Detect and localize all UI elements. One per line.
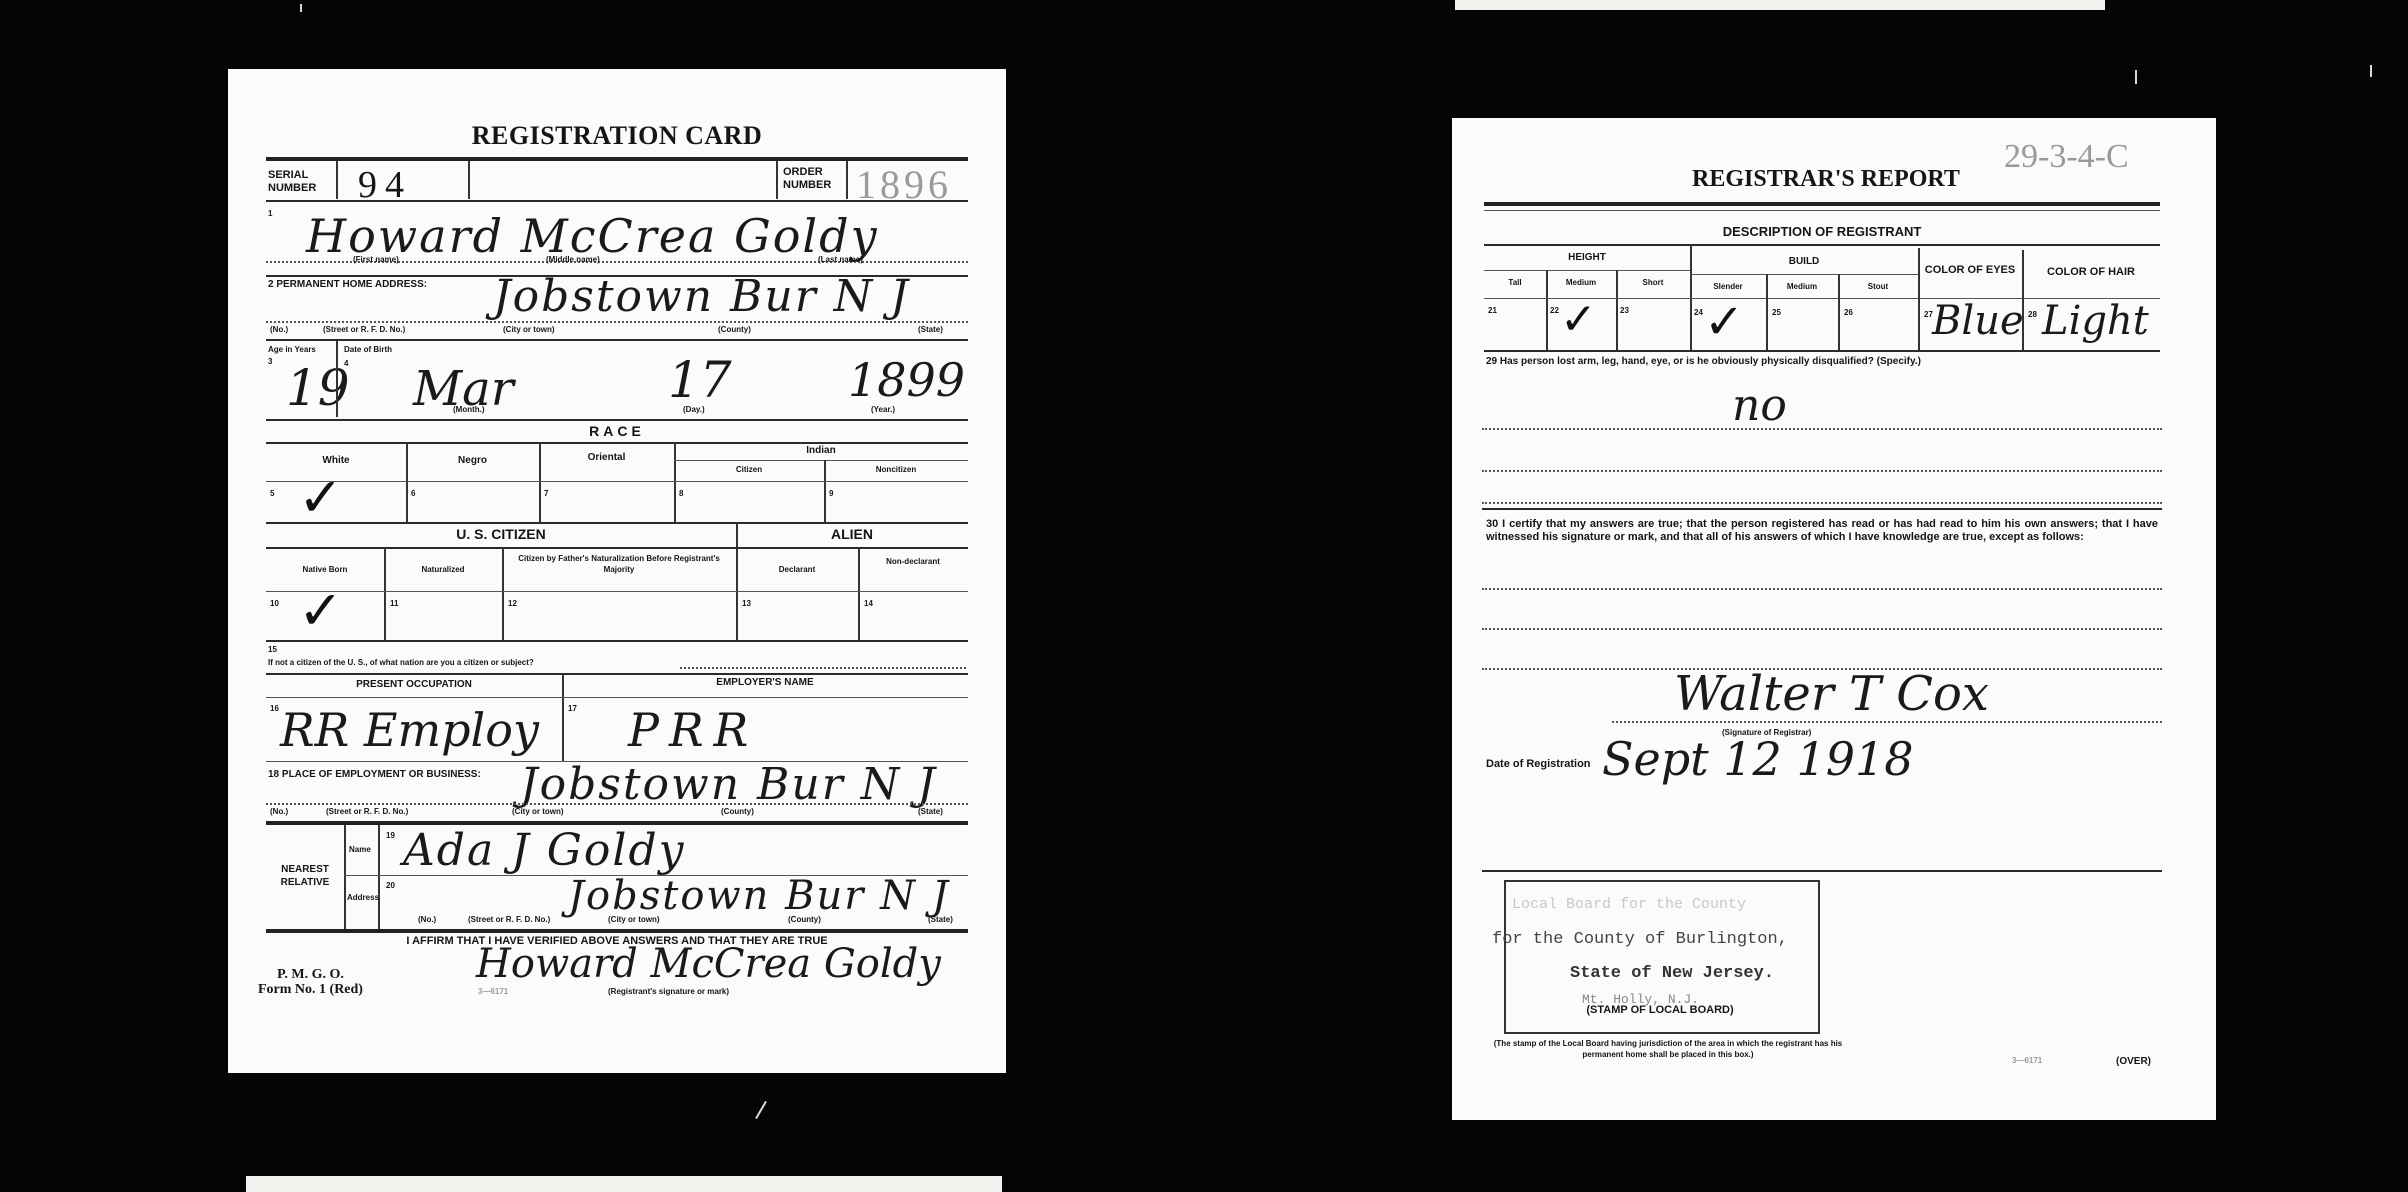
build-col-stout: Stout [1838,282,1918,291]
home-address: Jobstown Bur N J [493,271,910,322]
field-number: 9 [829,489,833,498]
caption: (Last name) [818,255,863,264]
checkmark-icon-height-medium: ✓ [1560,298,1597,342]
field-number: 28 [2028,310,2037,319]
q29-answer: no [1732,380,1787,431]
film-speck [755,1101,767,1119]
height-col-tall: Tall [1484,278,1546,287]
rule [1482,588,2162,590]
height-col-short: Short [1616,278,1690,287]
checkmark-icon-white: ✓ [298,471,343,525]
field-number: 4 [344,359,348,368]
stamp-line: State of New Jersey. [1570,964,1774,983]
caption: (City or town) [512,807,564,816]
rule [266,803,968,805]
field-number: 24 [1694,308,1703,317]
checkmark-icon-build-slender: ✓ [1704,298,1744,346]
field-number: 15 [268,645,277,654]
caption: (Street or R. F. D. No.) [468,915,550,924]
rule [266,547,968,549]
field-number: 10 [270,599,279,608]
rule [680,667,966,669]
rule [266,640,968,642]
registration-date: Sept 12 1918 [1602,732,1914,786]
citizen-title: U. S. CITIZEN [266,526,736,542]
description-title: DESCRIPTION OF REGISTRANT [1484,224,2160,239]
dob-day: 17 [668,351,732,409]
race-col-oriental: Oriental [539,452,674,463]
rule [266,591,968,592]
rule [266,481,968,482]
rule [1612,721,2162,723]
order-label: ORDER NUMBER [783,166,831,192]
divider [384,547,386,640]
caption: (State) [918,325,943,334]
dob-label: Date of Birth [344,345,392,354]
relative-label: NEAREST RELATIVE [266,863,344,889]
field-number: 13 [742,599,751,608]
stamp-number: 29-3-4-C [2004,138,2129,176]
rule [1482,470,2162,472]
field-number: 25 [1772,308,1781,317]
caption: (State) [928,915,953,924]
caption: (City or town) [608,915,660,924]
field-number: 22 [1550,306,1559,315]
film-speck [2370,65,2372,77]
signature-caption: (Registrant's signature or mark) [608,987,729,996]
field-number: 17 [568,704,577,713]
alien-col-nondeclarant: Non-declarant [868,557,958,566]
print-code: 3—6171 [2012,1056,2042,1065]
field-number: 3 [268,357,272,366]
race-col-indian-citizen: Citizen [674,465,824,474]
caption: (No.) [270,807,288,816]
rule [266,929,968,933]
stamp-caption: (STAMP OF LOCAL BOARD) [1504,1004,1816,1016]
relative-name-label: Name [349,845,371,854]
place-label: 18 PLACE OF EMPLOYMENT OR BUSINESS: [268,769,481,780]
caption: (Street or R. F. D. No.) [323,325,405,334]
hair-color: Light [2042,298,2149,344]
caption: (State) [918,807,943,816]
race-col-white: White [266,455,406,466]
race-col-indian-noncitizen: Noncitizen [824,465,968,474]
q30-text: 30 I certify that my answers are true; t… [1486,518,2158,544]
build-col-medium: Medium [1766,282,1838,291]
divider [468,161,470,199]
rule [1482,870,2162,872]
over-label: (OVER) [2116,1056,2151,1067]
rule [1690,274,1918,275]
rule [1484,202,2160,206]
age-label: Age in Years [268,345,316,354]
rule [1484,270,1690,271]
rule [266,419,968,421]
divider [378,825,380,929]
serial-label: SERIAL NUMBER [268,169,316,195]
race-col-negro: Negro [406,455,539,466]
divider [502,547,504,640]
q15-text: If not a citizen of the U. S., of what n… [268,658,534,667]
occupation-value: RR Employ [280,703,539,757]
field-number: 8 [679,489,683,498]
relative-name: Ada J Goldy [403,825,686,876]
field-number: 26 [1844,308,1853,317]
citizen-col-fathers: Citizen by Father's Naturalization Befor… [508,553,730,575]
divider [336,161,338,199]
field-number: 11 [390,599,398,608]
divider [336,341,338,417]
rule [266,200,968,202]
field-number: 23 [1620,306,1629,315]
report-title: REGISTRAR'S REPORT [1692,166,1960,193]
film-speck [300,4,302,12]
rule [674,460,968,461]
eyes-title: COLOR OF EYES [1918,264,2022,276]
build-col-slender: Slender [1690,282,1766,291]
q29-text: 29 Has person lost arm, leg, hand, eye, … [1486,356,2146,367]
checkmark-icon-native-born: ✓ [298,584,343,638]
field-number: 19 [386,831,395,840]
registrar-report-card: 29-3-4-C REGISTRAR'S REPORT DESCRIPTION … [1452,118,2216,1120]
citizen-col-naturalized: Naturalized [384,565,502,574]
stamp-line: for the County of Burlington, [1492,930,1788,949]
caption: (No.) [270,325,288,334]
stamp-note: (The stamp of the Local Board having jur… [1478,1038,1858,1060]
rule [1484,210,2160,211]
employer-value: PRR [628,703,758,757]
eye-color: Blue [1932,298,2024,344]
divider [776,161,778,199]
rule [1482,428,2162,430]
adjacent-card-strip-bottom [246,1176,1002,1192]
relative-address: Jobstown Bur N J [568,873,950,919]
caption: (Street or R. F. D. No.) [326,807,408,816]
film-speck [2135,70,2137,84]
field-number: 7 [544,489,548,498]
relative-address-label: Address [347,893,379,902]
field-number: 1 [268,209,272,218]
divider [406,442,408,522]
occupation-label: PRESENT OCCUPATION [266,679,562,690]
caption: (Middle name) [546,255,600,264]
age-value: 19 [286,359,350,417]
height-title: HEIGHT [1484,252,1690,263]
rule [1482,508,2162,510]
caption: (City or town) [503,325,555,334]
rule [266,673,968,675]
rule [266,321,968,323]
caption: (County) [788,915,821,924]
rule [1482,502,2162,504]
rule [1484,244,2160,246]
registration-card: REGISTRATION CARD SERIAL NUMBER 94 ORDER… [228,69,1006,1073]
stamp-line: Local Board for the County [1512,896,1746,913]
caption: (Year.) [871,405,895,414]
divider [858,547,860,640]
adjacent-card-strip-top [1455,0,2105,10]
field-number: 21 [1488,306,1497,315]
caption: (No.) [418,915,436,924]
caption: (County) [721,807,754,816]
date-label: Date of Registration [1486,758,1591,770]
build-title: BUILD [1690,256,1918,267]
employer-label: EMPLOYER'S NAME [562,677,968,688]
address-label: 2 PERMANENT HOME ADDRESS: [268,279,427,290]
field-number: 12 [508,599,517,608]
rule [266,522,968,524]
print-code: 3—6171 [478,987,508,996]
citizen-col-native: Native Born [266,565,384,574]
dob-year: 1899 [848,353,965,407]
field-number: 16 [270,704,279,713]
rule [1482,628,2162,630]
rule [266,442,968,444]
race-title: RACE [228,423,1006,439]
rule [266,339,968,341]
caption: (First name) [353,255,399,264]
alien-col-declarant: Declarant [736,565,858,574]
caption: (Month.) [453,405,485,414]
card-title: REGISTRATION CARD [228,121,1006,151]
divider [846,161,848,199]
caption: (County) [718,325,751,334]
rule [266,697,968,698]
alien-title: ALIEN [736,526,968,542]
hair-title: COLOR OF HAIR [2022,266,2160,278]
rule [1484,350,2160,352]
field-number: 6 [411,489,415,498]
field-number: 20 [386,881,395,890]
field-number: 14 [864,599,873,608]
height-col-medium: Medium [1546,278,1616,287]
caption: (Day.) [683,405,705,414]
form-code: P. M. G. O. Form No. 1 (Red) [258,967,363,997]
race-col-indian: Indian [674,445,968,456]
divider [344,825,346,929]
registrant-signature: Howard McCrea Goldy [476,941,941,987]
field-number: 5 [270,489,274,498]
registrar-signature: Walter T Cox [1674,666,1989,722]
